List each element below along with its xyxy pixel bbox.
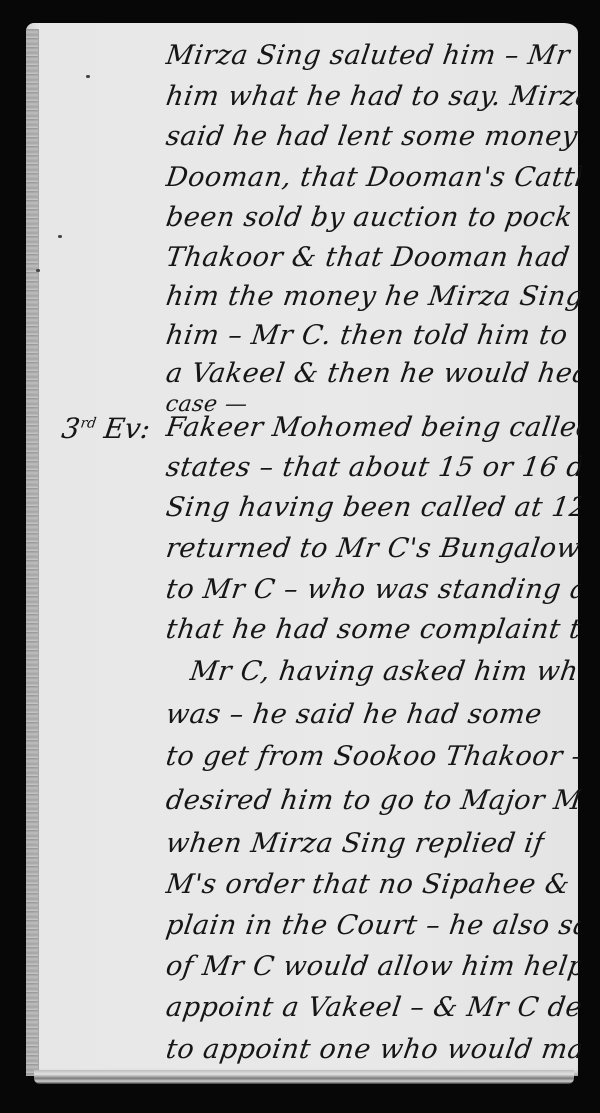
manuscript-line: him – Mr C. then told him to [164, 320, 570, 351]
manuscript-line: Mirza Sing saluted him – Mr C. [164, 40, 582, 71]
manuscript-line: him the money he Mirza Sing h [164, 281, 582, 312]
manuscript-line: M's order that no Sipahee & havil [164, 869, 582, 900]
manuscript-line: states – that about 15 or 16 days [164, 452, 582, 483]
ink-speck [36, 269, 40, 272]
manuscript-line: desired him to go to Major M [164, 785, 582, 816]
manuscript-line: was – he said he had some [164, 699, 544, 730]
manuscript-line: of Mr C would allow him help [164, 951, 582, 982]
ink-speck [58, 235, 62, 238]
manuscript-line: said he had lent some money [164, 121, 580, 152]
page-bottom-edge [34, 1070, 574, 1084]
manuscript-line: Sing having been called at 12, t [164, 492, 582, 523]
manuscript-line: a Vakeel & then he would hear [164, 358, 582, 389]
manuscript-line: Mr C, having asked him wh [188, 656, 580, 687]
margin-note-witness-number: 3rd Ev: [60, 412, 153, 445]
manuscript-line: Thakoor & that Dooman had [164, 242, 572, 273]
manuscript-line: been sold by auction to pock [164, 202, 574, 233]
manuscript-line: Dooman, that Dooman's Cattle [164, 162, 582, 193]
manuscript-line: to appoint one who would ma [164, 1034, 582, 1065]
manuscript-line: returned to Mr C's Bungalow [164, 533, 582, 564]
ink-speck [86, 75, 90, 78]
manuscript-line: to get from Sookoo Thakoor – [164, 741, 582, 772]
manuscript-line: appoint a Vakeel – & Mr C desir [164, 992, 582, 1023]
manuscript-line: him what he had to say. Mirza [164, 81, 582, 112]
manuscript-line: to Mr C – who was standing at [164, 574, 582, 605]
manuscript-line: when Mirza Sing replied if [164, 828, 546, 859]
manuscript-line: plain in the Court – he also said [164, 910, 582, 941]
page-binding-edge [26, 29, 39, 1076]
manuscript-line: Fakeer Mohomed being called [164, 412, 582, 443]
manuscript-line: that he had some complaint to [164, 614, 582, 645]
